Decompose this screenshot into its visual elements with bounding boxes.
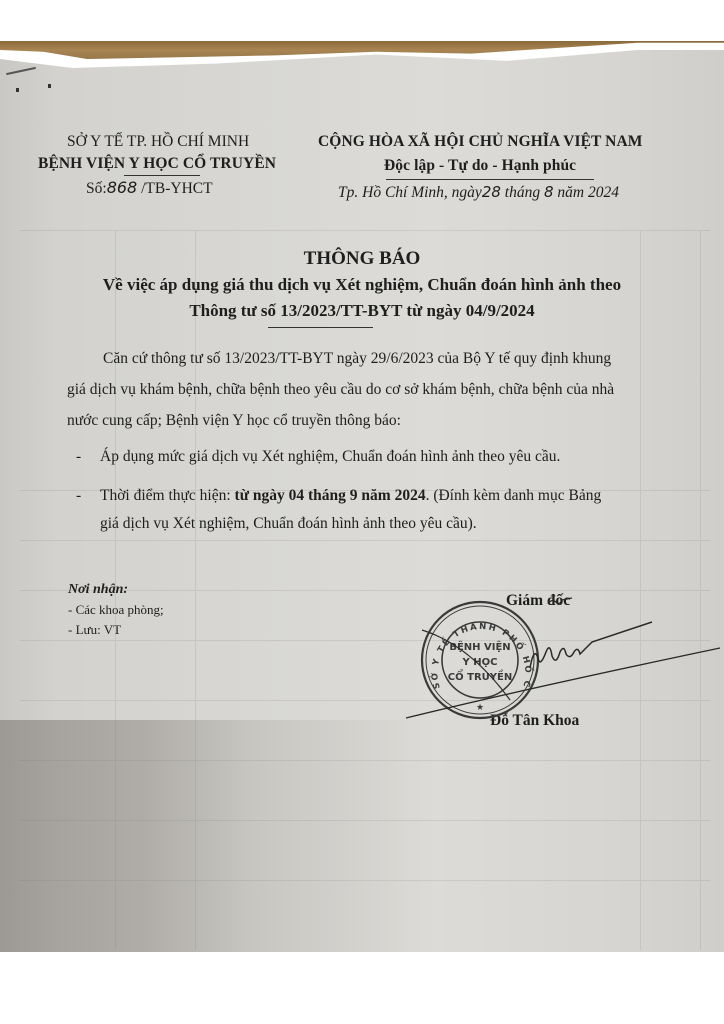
bullet-2-normal: Thời điểm thực hiện: bbox=[100, 487, 235, 504]
document-title: THÔNG BÁO bbox=[0, 248, 724, 270]
national-motto: Độc lập - Tự do - Hạnh phúc bbox=[384, 157, 576, 175]
handwritten-signature bbox=[400, 590, 724, 730]
bullet-2-text: Thời điểm thực hiện: từ ngày 04 tháng 9 … bbox=[100, 480, 601, 511]
bullet-dash: - bbox=[76, 441, 81, 472]
ink-dot bbox=[16, 88, 19, 92]
bullet-dash: - bbox=[76, 480, 81, 511]
page-shadow bbox=[0, 720, 724, 952]
date-suffix: năm 2024 bbox=[554, 184, 619, 201]
hospital-name-text: BỆNH VIỆN Y HỌC CỔ TRUYỀN bbox=[38, 155, 276, 172]
date-month: 8 bbox=[544, 183, 554, 201]
recipients-label: Nơi nhận: bbox=[68, 582, 128, 598]
recipient-item: - Các khoa phòng; bbox=[68, 602, 164, 618]
number-prefix: Số: bbox=[86, 180, 107, 197]
date-day: 28 bbox=[482, 183, 501, 201]
bullet-2-after: . (Đính kèm danh mục Bảng bbox=[426, 487, 602, 504]
bullet-2-line2: giá dịch vụ Xét nghiệm, Chuẩn đoán hình … bbox=[100, 508, 477, 539]
paragraph-line1: Căn cứ thông tư số 13/2023/TT-BYT ngày 2… bbox=[103, 343, 611, 374]
bullet-1-text: Áp dụng mức giá dịch vụ Xét nghiệm, Chuẩ… bbox=[100, 441, 560, 472]
ink-dot bbox=[48, 84, 51, 88]
date-prefix: Tp. Hồ Chí Minh, ngày bbox=[338, 184, 482, 201]
hospital-underline bbox=[124, 175, 200, 176]
bullet-2-bold: từ ngày 04 tháng 9 năm 2024 bbox=[235, 487, 426, 504]
hospital-name: BỆNH VIỆN Y HỌC CỔ TRUYỀN bbox=[38, 155, 276, 173]
document-number: Số:868 /TB-YHCT bbox=[86, 178, 213, 198]
document-subtitle-line2: Thông tư số 13/2023/TT-BYT từ ngày 04/9/… bbox=[0, 301, 724, 321]
paragraph-line3: nước cung cấp; Bệnh viện Y học cổ truyền… bbox=[67, 405, 401, 436]
department-name: SỞ Y TẾ TP. HỒ CHÍ MINH bbox=[67, 133, 249, 151]
motto-underline bbox=[386, 179, 594, 180]
date-mid: tháng bbox=[501, 184, 544, 201]
title-underline bbox=[268, 327, 373, 328]
issue-date: Tp. Hồ Chí Minh, ngày28 tháng 8 năm 2024 bbox=[338, 183, 619, 202]
number-suffix: /TB-YHCT bbox=[137, 180, 212, 197]
paragraph-line2: giá dịch vụ khám bệnh, chữa bệnh theo yê… bbox=[67, 374, 614, 405]
nation-title: CỘNG HÒA XÃ HỘI CHỦ NGHĨA VIỆT NAM bbox=[318, 133, 643, 151]
number-handwritten: 868 bbox=[107, 178, 138, 197]
document-subtitle-line1: Về việc áp dụng giá thu dịch vụ Xét nghi… bbox=[0, 275, 724, 295]
recipient-item: - Lưu: VT bbox=[68, 622, 121, 638]
